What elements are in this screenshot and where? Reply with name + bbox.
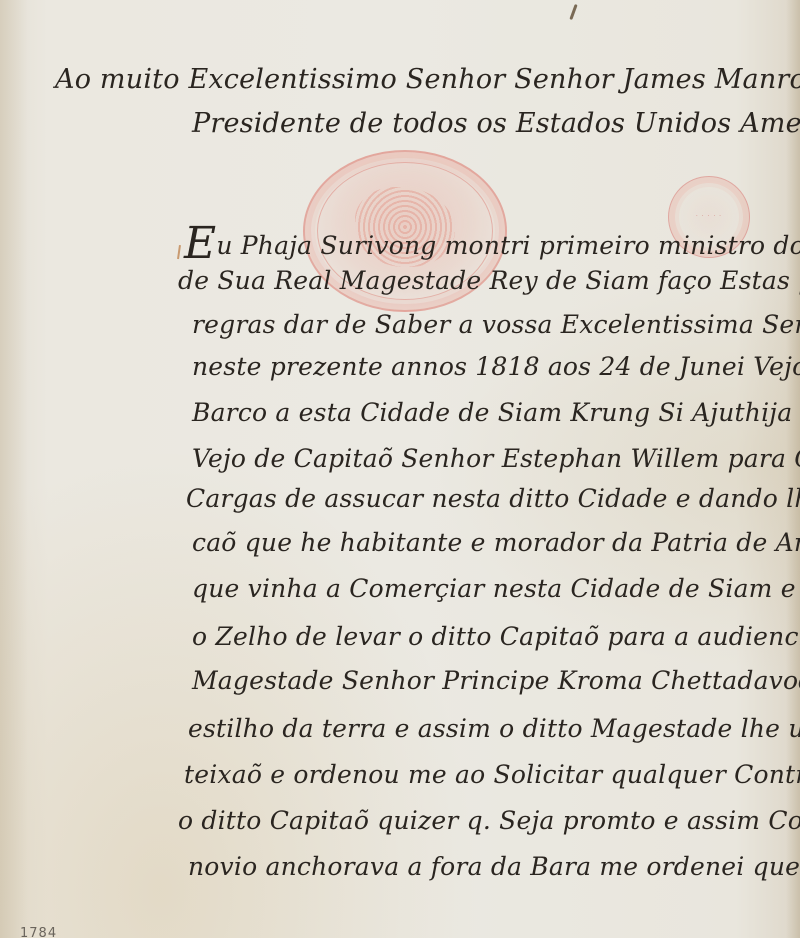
letter-line-8: caõ que he habitante e morador da Patria… [192, 528, 800, 557]
drop-cap: E [184, 218, 216, 269]
letter-line-14: o ditto Capitaõ quizer q. Seja promto e … [178, 806, 800, 835]
letter-line-9: que vinha a Comerçiar nesta Cidade de Si… [192, 574, 800, 603]
letter-line-10: o Zelho de levar o ditto Capitaõ para a … [192, 622, 800, 651]
letter-line-7: Cargas de assucar nesta ditto Cidade e d… [186, 484, 800, 513]
folio-number: 1784 [20, 926, 57, 938]
page-left-shading [0, 0, 28, 938]
letter-line-1: Eu Phaja Surivong montri primeiro minist… [184, 222, 800, 266]
letter-line-12: estilho da terra e assim o ditto Magesta… [188, 714, 800, 743]
letter-line-13: teixaõ e ordenou me ao Solicitar qualque… [184, 760, 800, 789]
letter-line-4: neste prezente annos 1818 aos 24 de June… [192, 352, 800, 381]
letter-line-2: de Sua Real Magestade Rey de Siam faço E… [178, 266, 800, 295]
letter-line-3: regras dar de Saber a vossa Excelentissi… [192, 310, 800, 339]
letter-line-5: Barco a esta Cidade de Siam Krung Si Aju… [192, 398, 800, 427]
letter-line-6: Vejo de Capitaõ Senhor Estephan Willem p… [192, 444, 800, 473]
address-line-1: Ao muito Excelentissimo Senhor Senhor Ja… [55, 64, 800, 95]
letter-line-15: novio anchorava a fora da Bara me ordene… [188, 852, 800, 881]
letter-line-1-text: u Phaja Surivong montri primeiro ministr… [216, 231, 800, 260]
manuscript-page: · · · · · Ao muito Excelentissimo Senhor… [0, 0, 800, 938]
address-line-2: Presidente de todos os Estados Unidos Am… [192, 108, 800, 139]
ink-tick-mark [569, 4, 577, 20]
margin-mark [177, 245, 180, 259]
letter-line-11: Magestade Senhor Principe Kroma Chettada… [192, 666, 800, 695]
